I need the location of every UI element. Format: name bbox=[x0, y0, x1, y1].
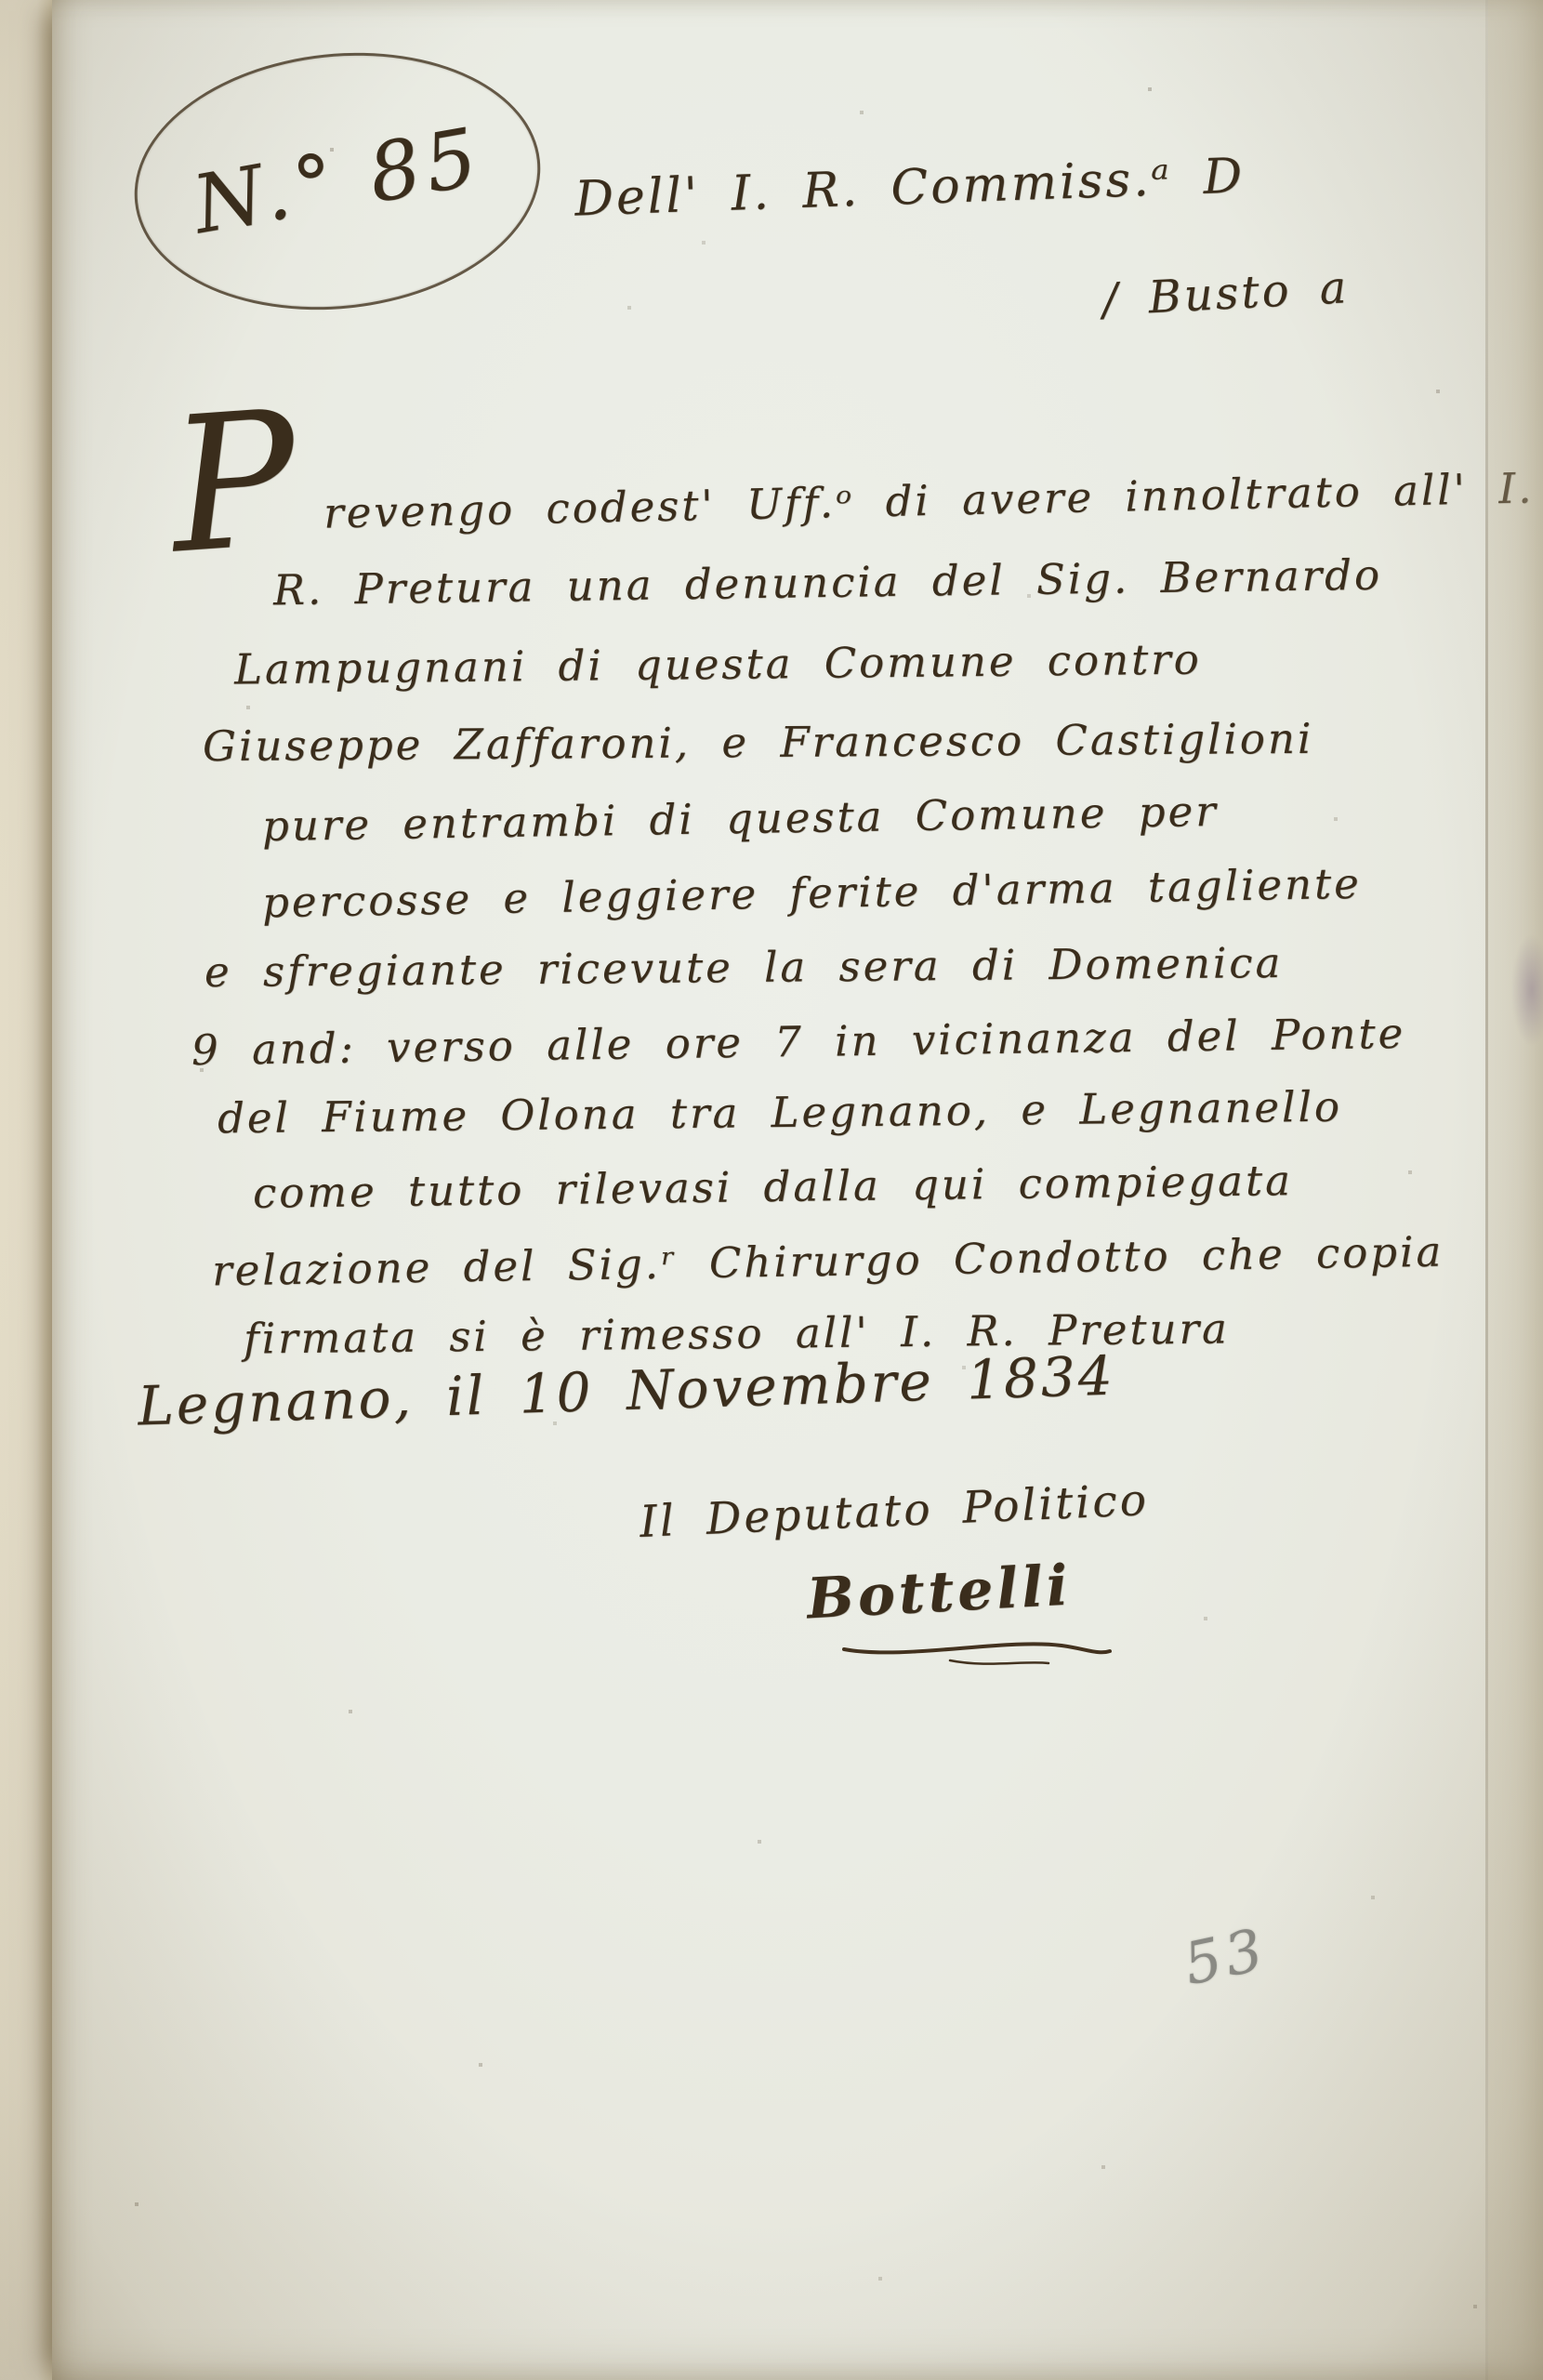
signature-name: Bottelli bbox=[805, 1554, 1073, 1633]
body-line: pure entrambi di questa Comune per bbox=[262, 787, 1219, 851]
ink-stain bbox=[1511, 934, 1543, 1046]
body-line: 9 and: verso alle ore 7 in vicinanza del… bbox=[191, 1009, 1406, 1075]
registry-number: N.° 85 bbox=[186, 111, 488, 253]
page-edge-shade bbox=[1488, 0, 1543, 2380]
body-line: R. Pretura una denuncia del Sig. Bernard… bbox=[273, 550, 1383, 615]
paper-speckles bbox=[52, 0, 54, 2]
signature-title: Il Deputato Politico bbox=[639, 1474, 1150, 1548]
scanned-letter: N.° 85 Dell' I. R. Commiss.ᵃ D / Busto a… bbox=[0, 0, 1543, 2380]
body-line: relazione del Sig.ʳ Chirurgo Condotto ch… bbox=[212, 1227, 1444, 1296]
archival-pencil-number: 53 bbox=[1178, 1915, 1273, 1999]
addressee-place: / Busto a bbox=[1101, 261, 1351, 326]
registry-number-oval: N.° 85 bbox=[122, 33, 553, 329]
paper-sheet: N.° 85 Dell' I. R. Commiss.ᵃ D / Busto a… bbox=[52, 0, 1543, 2380]
body-line: e sfregiante ricevute la sera di Domenic… bbox=[204, 938, 1284, 997]
body-line: Giuseppe Zaffaroni, e Francesco Castigli… bbox=[203, 714, 1314, 771]
drop-cap: P bbox=[165, 387, 302, 581]
body-line: revengo codest' Uff.ᵒ di avere innoltrat… bbox=[323, 463, 1535, 537]
body-line: come tutto rilevasi dalla qui compiegata bbox=[253, 1156, 1293, 1218]
body-line: percosse e leggiere ferite d'arma taglie… bbox=[262, 859, 1363, 928]
addressee-line: Dell' I. R. Commiss.ᵃ D bbox=[574, 148, 1246, 227]
signature-flourish bbox=[838, 1633, 1117, 1673]
body-line: del Fiume Olona tra Legnano, e Legnanell… bbox=[218, 1082, 1342, 1144]
body-line: Lampugnani di questa Comune contro bbox=[234, 635, 1202, 694]
